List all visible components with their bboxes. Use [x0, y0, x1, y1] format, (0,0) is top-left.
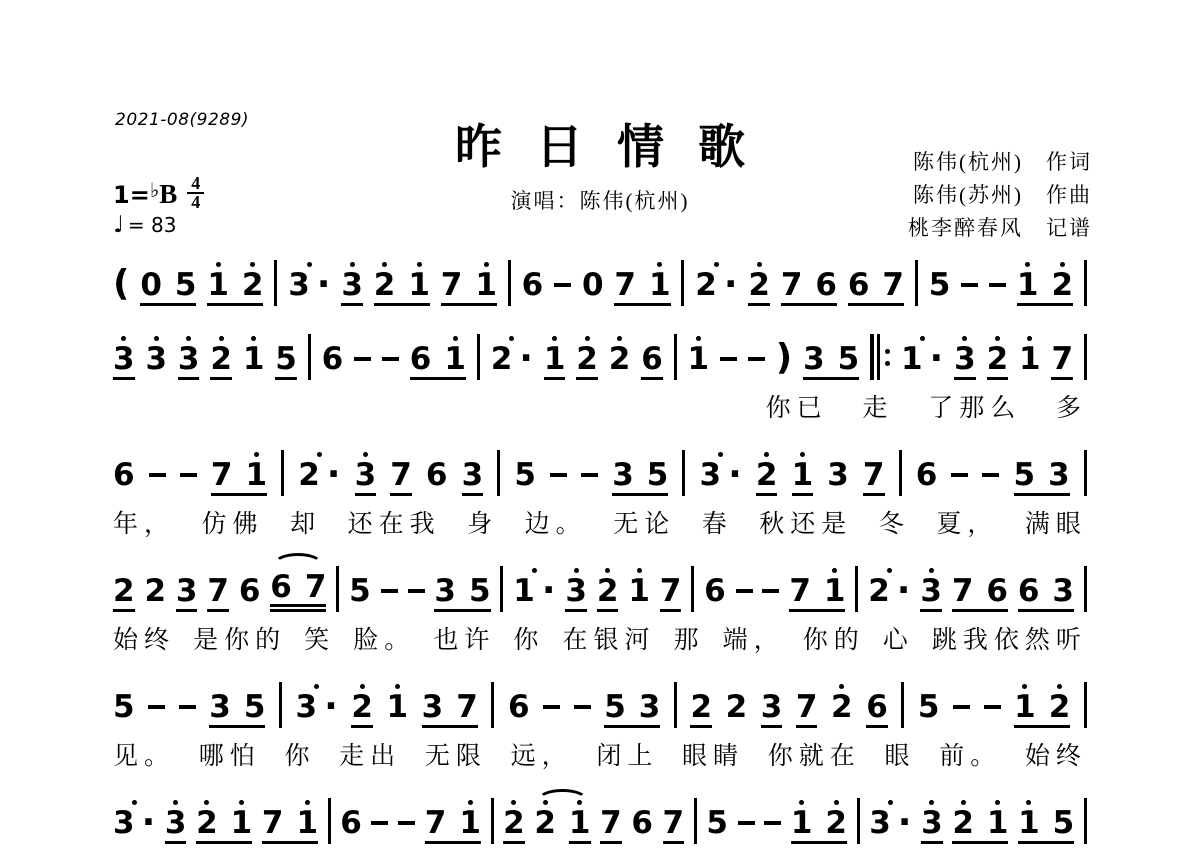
note-digit-row: 2: [726, 692, 748, 722]
note: 1: [649, 260, 671, 300]
note-digit-row: 3: [827, 460, 849, 490]
lyric-syllable: 你已: [766, 388, 828, 422]
lyric-syllable: 秋还是: [759, 504, 852, 538]
note-digit: 3: [178, 344, 200, 374]
repeat-start-sign: [870, 334, 890, 380]
note-digit: 7: [663, 808, 685, 838]
note: 5: [929, 260, 951, 306]
beam-group: 21: [952, 798, 1008, 844]
note-digit: 6: [986, 576, 1008, 606]
note-digit-row: 3: [1052, 576, 1074, 606]
lyric-syllable: 那: [674, 620, 705, 654]
note: 1·: [513, 566, 555, 612]
note: 3: [113, 334, 135, 380]
note-digit-row: 3: [565, 576, 587, 606]
beam-group: 53: [1014, 450, 1070, 496]
lyric-syllable: 脸。: [353, 620, 415, 654]
note-digit: 3: [1048, 460, 1070, 490]
augmentation-dot: ·: [724, 270, 738, 300]
note: 2·: [298, 450, 340, 496]
note-digit-row: 7: [660, 576, 682, 606]
lyric-syllable: 笑: [304, 620, 335, 654]
barline: [694, 798, 697, 844]
lyric-syllable: 始终: [113, 620, 175, 654]
note-digit-row: 5: [175, 270, 197, 300]
note-digit-row: 6: [631, 808, 653, 838]
note-digit-row: 1: [987, 808, 1009, 838]
lyricist-credit: 陈伟(杭州) 作词: [908, 146, 1092, 179]
note-digit: 0: [582, 270, 604, 300]
note-digit-row: 2: [609, 344, 631, 374]
note-digit: 6: [410, 344, 432, 374]
note: 1: [791, 798, 813, 838]
repeat-dot: [885, 349, 890, 354]
note-digit-row: 1: [243, 344, 265, 374]
note: 2: [503, 798, 525, 844]
lyric-syllable: 冬: [879, 504, 910, 538]
note-digit: 3: [920, 576, 942, 606]
note: 5: [1014, 450, 1036, 490]
note: 2: [952, 798, 974, 838]
duration-dash: [554, 283, 571, 287]
note-digit-row: 3·: [296, 692, 338, 722]
note: 6: [113, 450, 135, 496]
tempo-marking: ♩ = 83: [113, 212, 176, 238]
parenthesis: ): [776, 341, 792, 375]
note: 7: [390, 450, 412, 496]
note: 7: [660, 566, 682, 612]
barline: [682, 450, 685, 496]
barline: [1084, 798, 1087, 844]
note-digit: 2: [726, 692, 748, 722]
lyric-syllable: 走出: [339, 736, 401, 770]
note: 5: [469, 566, 491, 606]
note-digit: 6: [815, 270, 837, 300]
note-digit: 2: [748, 270, 770, 300]
augmentation-dot: ·: [898, 808, 912, 838]
duration-dash: [550, 473, 567, 477]
note: 5: [838, 334, 860, 374]
note-digit: 6: [641, 344, 663, 374]
note: 1: [245, 450, 267, 490]
note: 3: [462, 450, 484, 496]
note-digit-row: 5: [113, 692, 135, 722]
note-digit-row: 1: [475, 270, 497, 300]
note-digit-row: 1: [792, 460, 814, 490]
note-digit-row: 7: [600, 808, 622, 838]
note-digit-row: 1: [649, 270, 671, 300]
note-digit-row: 3: [178, 344, 200, 374]
beam-group: 12: [1017, 260, 1073, 306]
note-digit: 6: [340, 808, 362, 838]
note-digit: 3: [176, 576, 198, 606]
note-digit-row: 2: [351, 692, 373, 722]
note-digit: 6: [1018, 576, 1040, 606]
music-system: 22376675351·32176712·37663始终是你的笑脸。也许你在银河…: [113, 556, 1087, 654]
note-digit: 7: [882, 270, 904, 300]
note-digit: 1: [1014, 692, 1036, 722]
duration-dash: [574, 705, 591, 709]
note-digit-row: 2: [503, 808, 525, 838]
duration-dash: [951, 473, 968, 477]
note: 6: [704, 566, 726, 612]
beam-group: 71: [614, 260, 670, 306]
lyric-syllable: 满眼: [1025, 504, 1087, 538]
note: 6: [508, 682, 530, 728]
lyric-syllable: 也许: [433, 620, 495, 654]
note-digit-row: 2·: [298, 460, 340, 490]
note-digit-row: 6: [410, 344, 432, 374]
note: 5: [918, 682, 940, 728]
barline: [855, 566, 858, 612]
lyric-syllable: 春: [702, 504, 733, 538]
barline: [674, 682, 677, 728]
barline: [1084, 682, 1087, 728]
note: 7: [863, 450, 885, 496]
augmentation-dot: ·: [142, 808, 156, 838]
note-digit-row: 3: [920, 576, 942, 606]
note-digit: 7: [614, 270, 636, 300]
augmentation-dot: ·: [324, 692, 338, 722]
note-digit-row: 1: [1017, 270, 1039, 300]
note: 6: [1018, 566, 1040, 606]
augmentation-dot: ·: [728, 460, 742, 490]
note-digit: 1: [1017, 270, 1039, 300]
slur-arc: 21: [534, 798, 590, 844]
note-digit: 5: [469, 576, 491, 606]
barline: [508, 260, 511, 306]
note-digit: 3: [565, 576, 587, 606]
beam-group: 12: [1014, 682, 1070, 728]
note: 2: [756, 450, 778, 496]
note-digit-row: 3: [639, 692, 661, 722]
note-digit-row: 2: [1049, 692, 1071, 722]
note-digit: 1: [513, 576, 535, 606]
note-digit-row: 6: [986, 576, 1008, 606]
duration-dash: [762, 589, 779, 593]
note: 7: [781, 260, 803, 300]
barline: [857, 798, 860, 844]
lyric-syllable: 却: [290, 504, 321, 538]
note-digit: 1: [475, 270, 497, 300]
note-digit-row: 1: [628, 576, 650, 606]
note: 5: [349, 566, 371, 612]
note: 5: [647, 450, 669, 490]
note-digit-row: 6: [641, 344, 663, 374]
beam-group: 71: [262, 798, 318, 844]
note-digit: 3: [803, 344, 825, 374]
note-digit: 3: [422, 692, 444, 722]
note-digit: 2: [298, 460, 320, 490]
note-digit-row: 1: [459, 808, 481, 838]
parenthesis: (: [113, 267, 129, 301]
lyric-syllable: 多: [1056, 388, 1087, 422]
note: 6: [641, 334, 663, 380]
note-digit-row: 2: [597, 576, 619, 606]
note-digit: 3: [145, 344, 167, 374]
note: 2: [690, 682, 712, 728]
barline: [1084, 450, 1087, 496]
note: 3: [422, 682, 444, 722]
beam-group: 35: [434, 566, 490, 612]
octave-dot-mark: [577, 800, 582, 805]
note-digit: 2: [113, 576, 135, 606]
note-digit: 7: [863, 460, 885, 490]
note: 6: [815, 260, 837, 300]
note-digit-row: 5: [514, 460, 536, 490]
note: 1: [1014, 682, 1036, 722]
note-digit: 1: [245, 460, 267, 490]
note: 6: [239, 566, 261, 612]
duration-dash: [371, 821, 388, 825]
note-digit: 2: [597, 576, 619, 606]
composer-credit: 陈伟(苏州) 作曲: [908, 179, 1092, 212]
note-digit-row: 2: [242, 270, 264, 300]
lyrics-line: 你已走了那么多: [766, 388, 1087, 422]
credits-block: 陈伟(杭州) 作词 陈伟(苏州) 作曲 桃李醉春风 记谱: [908, 146, 1092, 245]
note: 1: [569, 798, 591, 844]
note-digit-row: 3: [954, 344, 976, 374]
note-digit: 3: [921, 808, 943, 838]
note: 2: [825, 798, 847, 838]
beam-group: 35: [803, 334, 859, 380]
beam-group: 05: [140, 260, 196, 306]
barline: [336, 566, 339, 612]
note-digit: 2: [210, 344, 232, 374]
note-digit-row: 7: [262, 808, 284, 838]
note: 2: [196, 798, 218, 838]
duration-dash: [179, 705, 196, 709]
note-digit-row: 2: [825, 808, 847, 838]
note: 1: [296, 798, 318, 838]
note-digit: 1: [296, 808, 318, 838]
barline: [281, 450, 284, 496]
note-digit-row: 2: [831, 692, 853, 722]
note-digit: 1: [791, 808, 813, 838]
note: 6: [270, 562, 292, 602]
note: 7: [207, 566, 229, 612]
note: 1: [475, 260, 497, 300]
beam-group: 37: [422, 682, 478, 728]
repeat-bar-thin: [877, 334, 880, 380]
note-digit: 2: [351, 692, 373, 722]
note-digit: 1: [459, 808, 481, 838]
note-digit: 1: [243, 344, 265, 374]
beam-group: 71: [441, 260, 497, 306]
beam-group: 67: [270, 562, 326, 612]
note-digit-row: 7: [882, 270, 904, 300]
lyric-syllable: 见。: [113, 736, 175, 770]
note-digit: 2: [144, 576, 166, 606]
note-digit-row: 3: [341, 270, 363, 300]
note-digit: 1: [987, 808, 1009, 838]
barline: [274, 260, 277, 306]
note-digit: 1: [544, 344, 566, 374]
duration-dash: [408, 589, 425, 593]
note-digit: 7: [262, 808, 284, 838]
note-digit-row: 1: [245, 460, 267, 490]
note: 3: [565, 566, 587, 612]
note-digit: 6: [916, 460, 938, 490]
note: 2·: [491, 334, 533, 380]
note-digit-row: 3: [803, 344, 825, 374]
lyric-syllable: 哪怕: [199, 736, 261, 770]
beam-group: 71: [211, 450, 267, 496]
augmentation-dot: ·: [542, 576, 556, 606]
note: 3·: [288, 260, 330, 306]
beam-group: 35: [612, 450, 668, 496]
lyric-syllable: 你: [513, 620, 544, 654]
lyric-syllable: 眼睛: [682, 736, 744, 770]
key-signature: 1=♭B 4 4: [113, 176, 204, 212]
note: 2: [1051, 260, 1073, 300]
note: 3·: [296, 682, 338, 728]
note-digit-row: 3: [612, 460, 634, 490]
note-digit: 2: [831, 692, 853, 722]
note-digit-row: 6: [1018, 576, 1040, 606]
note-digit-row: 1·: [513, 576, 555, 606]
note-digit: 1: [1019, 344, 1041, 374]
note-digit: 5: [514, 460, 536, 490]
note-digit-row: 7: [781, 270, 803, 300]
note: 6: [866, 682, 888, 728]
time-signature-denominator: 4: [191, 194, 200, 211]
duration-dash: [748, 357, 765, 361]
note-digit: 1: [408, 270, 430, 300]
note-digit: 6: [426, 460, 448, 490]
barline: [674, 334, 677, 380]
note: 6: [631, 798, 653, 844]
duration-dash: [989, 283, 1006, 287]
note-digit-row: 5: [918, 692, 940, 722]
note: 7: [1051, 334, 1073, 380]
barline: [899, 450, 902, 496]
note-digit: 3: [209, 692, 231, 722]
note-digit: 5: [929, 270, 951, 300]
note: 3: [209, 682, 231, 722]
note: 2: [534, 798, 556, 844]
note: 0: [582, 260, 604, 306]
note: 1: [243, 334, 265, 380]
barline: [491, 682, 494, 728]
lyric-syllable: 你: [284, 736, 315, 770]
note-digit-row: 2: [952, 808, 974, 838]
note-digit: 2: [695, 270, 717, 300]
note-digit: 3: [462, 460, 484, 490]
note-digit-row: 5: [929, 270, 951, 300]
note-digit: 2: [576, 344, 598, 374]
note-digit-row: 7: [789, 576, 811, 606]
note: 6: [986, 566, 1008, 606]
note-digit-row: 2: [196, 808, 218, 838]
duration-dash: [381, 589, 398, 593]
note-digit-row: 3: [355, 460, 377, 490]
note: 7: [796, 682, 818, 728]
note-digit: 2: [534, 808, 556, 838]
duration-dash: [764, 821, 781, 825]
beam-group: 35: [209, 682, 265, 728]
note-digit: 7: [660, 576, 682, 606]
note-digit: 3: [296, 692, 318, 722]
note-digit: 2: [952, 808, 974, 838]
note-digit: 7: [305, 572, 327, 602]
note-digit-row: 6: [508, 692, 530, 722]
note-digit-row: 2: [210, 344, 232, 374]
note-digit: 1: [792, 460, 814, 490]
note-digit-row: 3·: [113, 808, 155, 838]
note-digit-row: 2: [756, 460, 778, 490]
lyric-syllable: 你的: [803, 620, 865, 654]
note-digit-row: 7: [456, 692, 478, 722]
note-digit-row: 6: [340, 808, 362, 838]
note: 1: [824, 566, 846, 606]
note: 7: [425, 798, 447, 838]
note: 2: [210, 334, 232, 380]
beam-group: 63: [1018, 566, 1074, 612]
quarter-note-icon: ♩: [113, 212, 124, 238]
note: 2: [609, 334, 631, 380]
barline: [681, 260, 684, 306]
note-digit: 5: [647, 460, 669, 490]
note-digit: 7: [211, 460, 233, 490]
duration-dash: [382, 357, 399, 361]
music-line: 5353·2137653223726512: [113, 672, 1087, 728]
note: 2: [726, 682, 748, 728]
note-digit-row: 5: [1014, 460, 1036, 490]
note: 3: [761, 682, 783, 728]
note-digit-row: 2: [1051, 270, 1073, 300]
duration-dash: [354, 357, 371, 361]
note: 5: [604, 682, 626, 722]
octave-dot: [543, 798, 548, 807]
duration-dash: [736, 589, 753, 593]
note-digit: 0: [140, 270, 162, 300]
note-digit-row: 6: [239, 576, 261, 606]
music-line: 22376675351·32176712·37663: [113, 556, 1087, 612]
note-digit: 2: [374, 270, 396, 300]
note-digit: 6: [508, 692, 530, 722]
note-digit: 7: [456, 692, 478, 722]
note-digit-row: 3: [422, 692, 444, 722]
barline: [497, 450, 500, 496]
note-digit: 3: [954, 344, 976, 374]
note: 2·: [695, 260, 737, 306]
note: 1: [987, 798, 1009, 838]
beam-group: 67: [848, 260, 904, 306]
note-digit: 1: [1018, 808, 1040, 838]
note: 2: [597, 566, 619, 612]
note-digit: 6: [239, 576, 261, 606]
note-digit: 1: [444, 344, 466, 374]
note: 5: [1053, 798, 1075, 838]
augmentation-dot: ·: [519, 344, 533, 374]
note-digit-row: 0: [582, 270, 604, 300]
note: 7: [211, 450, 233, 490]
note-digit-row: 7: [305, 572, 327, 602]
note: 7: [614, 260, 636, 300]
note-digit-row: 1: [444, 344, 466, 374]
music-system: 3·321716712217675123·32115: [113, 788, 1087, 844]
lyric-syllable: 端，: [723, 620, 785, 654]
lyrics-line: 始终是你的笑脸。也许你在银河那端，你的心跳我依然听: [113, 620, 1087, 654]
note-digit: 2: [825, 808, 847, 838]
note-digit-row: 7: [663, 808, 685, 838]
note: 5: [275, 334, 297, 380]
lyric-syllable: 无限: [425, 736, 487, 770]
note-digit: 6: [848, 270, 870, 300]
lyric-syllable: 身: [467, 504, 498, 538]
note-digit: 3: [341, 270, 363, 300]
